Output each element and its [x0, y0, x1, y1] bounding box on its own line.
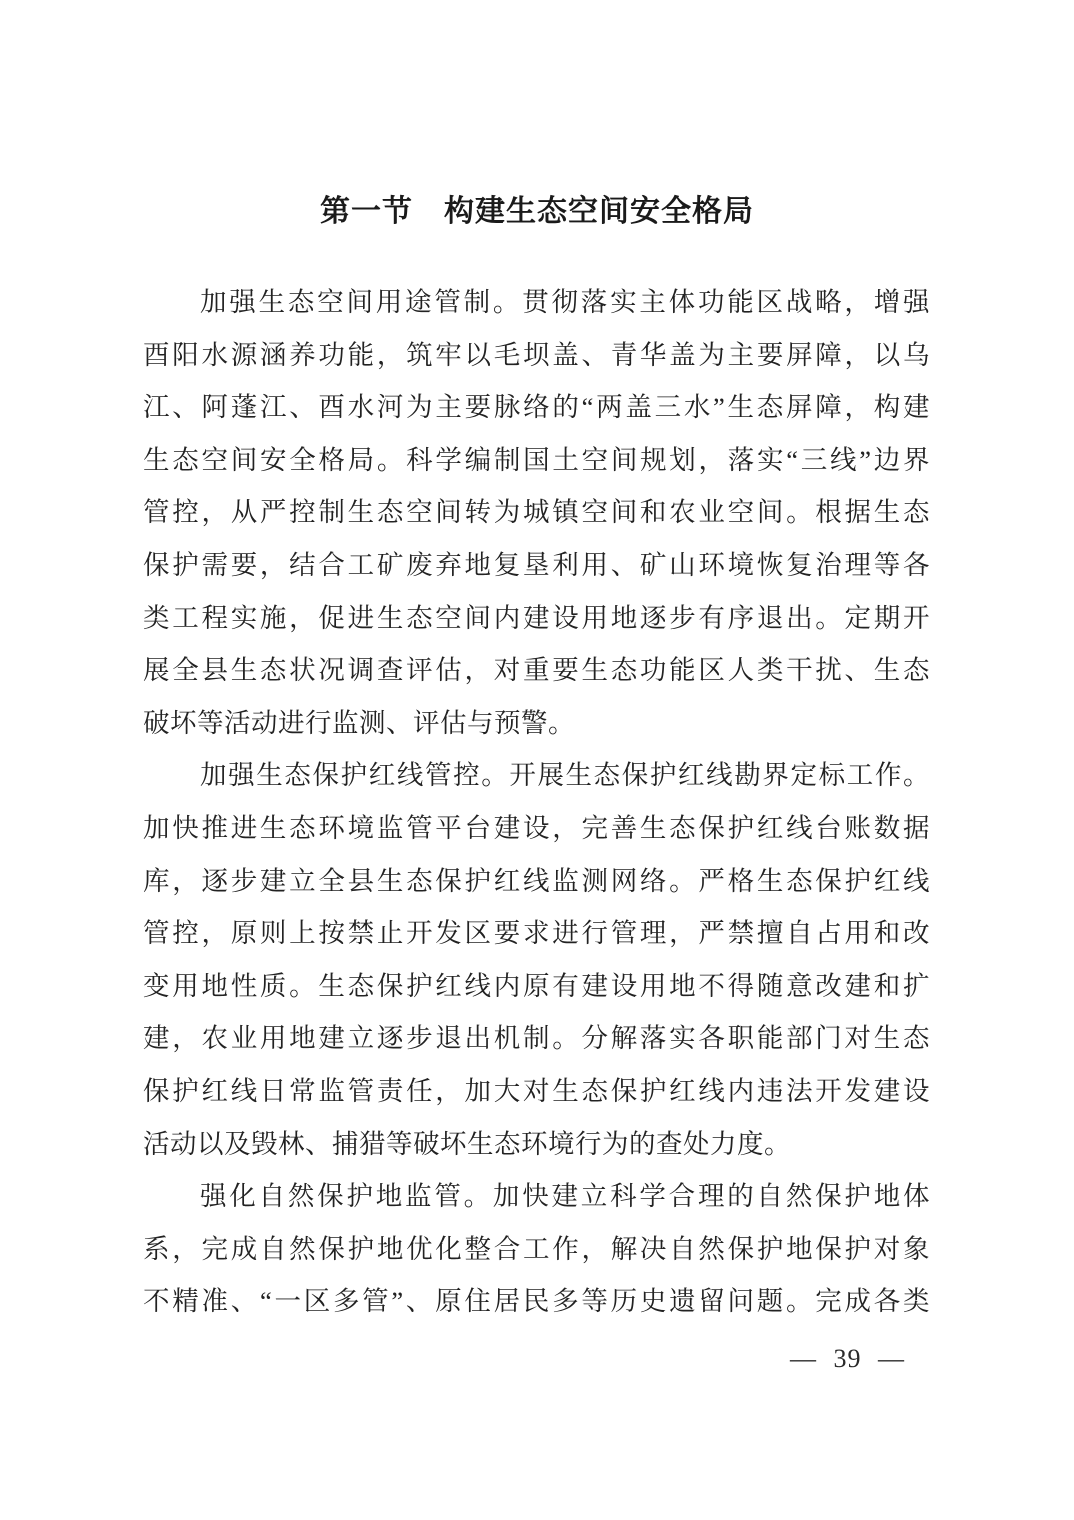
- document-page: 第一节 构建生态空间安全格局 加强生态空间用途管制。贯彻落实主体功能区战略，增强…: [0, 0, 1074, 1520]
- text-line: 活动以及毁林、捕猎等破坏生态环境行为的查处力度。: [143, 1118, 930, 1171]
- text-line: 不精准、“一区多管”、原住居民多等历史遗留问题。完成各类: [143, 1275, 930, 1328]
- text-line: 类工程实施，促进生态空间内建设用地逐步有序退出。定期开: [143, 592, 930, 645]
- document-body: 加强生态空间用途管制。贯彻落实主体功能区战略，增强酉阳水源涵养功能，筑牢以毛坝盖…: [143, 276, 930, 1328]
- text-line: 保护需要，结合工矿废弃地复垦利用、矿山环境恢复治理等各: [143, 539, 930, 592]
- text-line: 展全县生态状况调查评估，对重要生态功能区人类干扰、生态: [143, 644, 930, 697]
- text-line: 系，完成自然保护地优化整合工作，解决自然保护地保护对象: [143, 1223, 930, 1276]
- page-number: — 39 —: [790, 1344, 905, 1373]
- paragraph: 加强生态空间用途管制。贯彻落实主体功能区战略，增强酉阳水源涵养功能，筑牢以毛坝盖…: [143, 276, 930, 749]
- text-line: 生态空间安全格局。科学编制国土空间规划，落实“三线”边界: [143, 434, 930, 487]
- paragraph: 强化自然保护地监管。加快建立科学合理的自然保护地体系，完成自然保护地优化整合工作…: [143, 1170, 930, 1328]
- text-line: 破坏等活动进行监测、评估与预警。: [143, 697, 930, 750]
- text-line: 加快推进生态环境监管平台建设，完善生态保护红线台账数据: [143, 802, 930, 855]
- text-line: 建，农业用地建立逐步退出机制。分解落实各职能部门对生态: [143, 1012, 930, 1065]
- text-line: 管控，从严控制生态空间转为城镇空间和农业空间。根据生态: [143, 486, 930, 539]
- text-line: 库，逐步建立全县生态保护红线监测网络。严格生态保护红线: [143, 855, 930, 908]
- paragraph: 加强生态保护红线管控。开展生态保护红线勘界定标工作。加快推进生态环境监管平台建设…: [143, 749, 930, 1170]
- text-line: 保护红线日常监管责任，加大对生态保护红线内违法开发建设: [143, 1065, 930, 1118]
- text-line: 管控，原则上按禁止开发区要求进行管理，严禁擅自占用和改: [143, 907, 930, 960]
- text-line: 加强生态保护红线管控。开展生态保护红线勘界定标工作。: [143, 749, 930, 802]
- text-line: 加强生态空间用途管制。贯彻落实主体功能区战略，增强: [143, 276, 930, 329]
- page-footer: — 39 —: [143, 1344, 905, 1374]
- text-line: 强化自然保护地监管。加快建立科学合理的自然保护地体: [143, 1170, 930, 1223]
- section-heading: 第一节 构建生态空间安全格局: [0, 186, 1074, 230]
- text-line: 江、阿蓬江、酉水河为主要脉络的“两盖三水”生态屏障，构建: [143, 381, 930, 434]
- text-line: 酉阳水源涵养功能，筑牢以毛坝盖、青华盖为主要屏障，以乌: [143, 329, 930, 382]
- text-line: 变用地性质。生态保护红线内原有建设用地不得随意改建和扩: [143, 960, 930, 1013]
